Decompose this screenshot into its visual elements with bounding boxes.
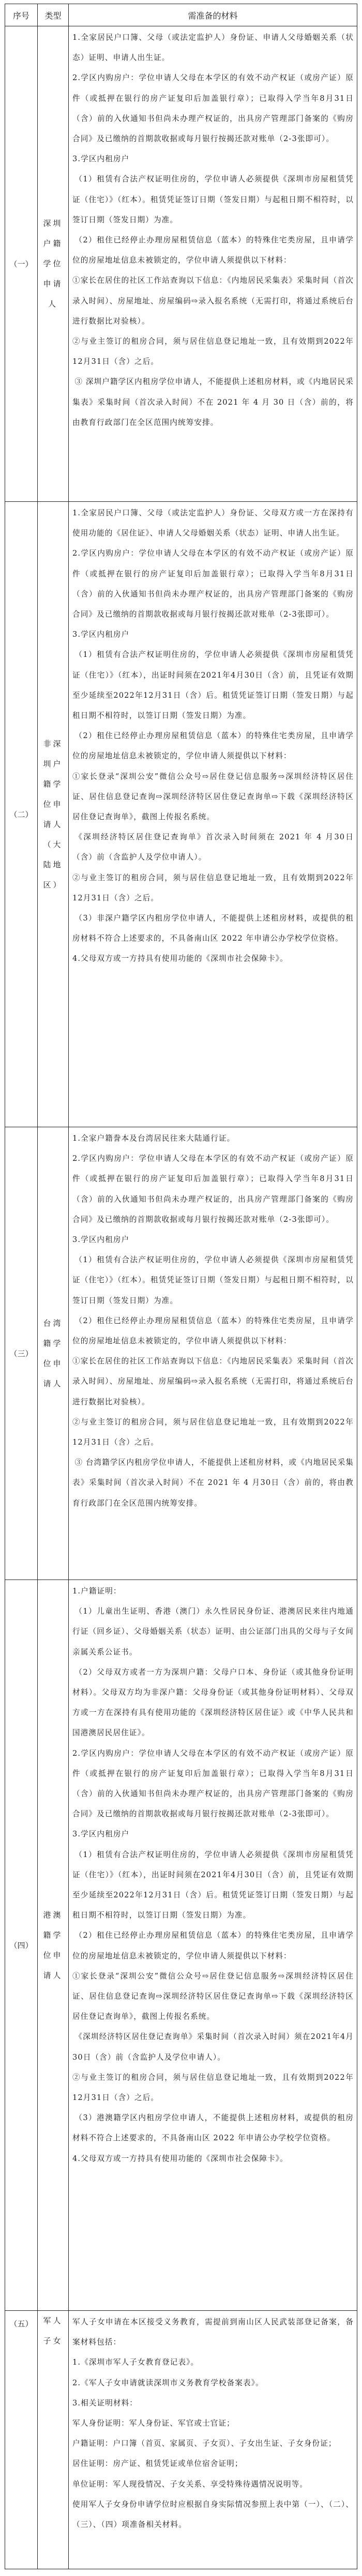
row-materials: 1.全家居民户口簿、父母（或法定监护人）身份证、父母双方或一方在深持有使用功能的… <box>69 502 357 1127</box>
type-line: 港澳 <box>41 1905 65 1925</box>
type-line: 籍学 <box>41 1925 65 1945</box>
material-item: ②与业主签订的租房合同，须与居住信息登记地址一致，且有效期到2022年12月31… <box>72 868 354 908</box>
table-row: （五） 军人 子女 军人子女申请在本区接受义务教育，需提前到南山区人民武装部登记… <box>5 2311 357 2569</box>
material-item: 军人身份证明：军人身份证、军官或士官证； <box>72 2413 354 2433</box>
table-header-row: 序号 类型 需准备的材料 <box>5 4 357 26</box>
row-number: （四） <box>5 1580 38 2311</box>
material-item: ②与业主签订的租房合同，须与居住信息登记地址一致，且有效期到2022年12月31… <box>72 1412 354 1452</box>
type-line: 区） <box>41 875 65 895</box>
material-item: 居住证明：房产证、租赁凭证或单位宿舍证明； <box>72 2454 354 2474</box>
type-line: 位申 <box>41 1354 65 1374</box>
material-item: 单位证明：军人现役情况、子女关系、享受特殊待遇情况说明等。 <box>72 2474 354 2494</box>
type-line: 子女 <box>41 2331 65 2351</box>
row-type: 深圳 户籍 学位 申请 人 <box>38 26 69 502</box>
row-type: 非深 圳户 籍学 位申 请人 （大 陆地 区） <box>38 502 69 1127</box>
type-line: 台湾 <box>41 1313 65 1333</box>
table-row: （二） 非深 圳户 籍学 位申 请人 （大 陆地 区） 1.全家居民户口簿、父母… <box>5 502 357 1127</box>
material-item: 2.学区内购房户：学位申请人父母在本学区的有效不动产权证（或房产证）原件（或抵押… <box>72 543 354 624</box>
row-number: （三） <box>5 1127 38 1580</box>
material-item: 3.学区内租房户 <box>72 1230 354 1250</box>
table-row: （一） 深圳 户籍 学位 申请 人 1.全家居民户口簿、父母（或法定监护人）身份… <box>5 26 357 502</box>
type-line: 圳户 <box>41 754 65 774</box>
material-item: 3.学区内租房户 <box>72 1824 354 1844</box>
material-item: ③ 台湾籍学区内租房学位申请人，不能提供上述租房材料，或《内地居民采集表》采集时… <box>72 1452 354 1513</box>
material-item: （1）租赁有合法产权证明住房的，学位申请人必须提供《深圳市房屋租赁凭证（住宅）》… <box>72 1250 354 1311</box>
header-number: 序号 <box>5 4 38 26</box>
header-type: 类型 <box>38 4 69 26</box>
type-line: 非深 <box>41 734 65 754</box>
material-item: ②与业主签订的租房合同，须与居住信息登记地址一致，且有效期到2022年12月31… <box>72 331 354 372</box>
material-item: 3.学区内租房户 <box>72 624 354 645</box>
material-item: （3）港澳籍学区内租房学位申请人，不能提供上述租房材料，或提供的租房材料不符合上… <box>72 2108 354 2148</box>
material-item: （1）儿童出生证明、香港（澳门）永久性居民身份证、港澳居民来往内地通行证（回乡证… <box>72 1601 354 1662</box>
material-item: 4.父母双方或一方持具有使用功能的《深圳市社会保障卡》。 <box>72 948 354 969</box>
type-line: （大 <box>41 835 65 855</box>
material-item: ①家长在居住的社区工作站查询以下信息：《内地居民采集表》采集时间（首次录入时间）… <box>72 270 354 331</box>
table-row: （三） 台湾 籍学 位申 请人 1.全家户籍誊本及台湾居民往来大陆通行证。 2.… <box>5 1127 357 1580</box>
type-line: 军人 <box>41 2311 65 2331</box>
material-item: 户籍证明：户口簿（首页、家属页、子女页）、子女出生证、子女身份证； <box>72 2433 354 2454</box>
material-item: 3.相关证明材料： <box>72 2393 354 2413</box>
row-type: 港澳 籍学 位申 请人 <box>38 1580 69 2311</box>
material-item: 1.全家居民户口簿、父母（或法定监护人）身份证、父母双方或一方在深持有使用功能的… <box>72 503 354 543</box>
type-line: 请人 <box>41 1374 65 1394</box>
material-item: 《深圳经济特区居住登记查询单》首次录入时间须在 2021 年 4 月30日（含）… <box>72 827 354 867</box>
material-item: ③ 深圳户籍学区内租房学位申请人，不能提供上述租房材料，或《内地居民采集表》采集… <box>72 372 354 433</box>
header-materials: 需准备的材料 <box>69 4 357 26</box>
row-materials: 1.户籍证明： （1）儿童出生证明、香港（澳门）永久性居民身份证、港澳居民来往内… <box>69 1580 357 2311</box>
material-item: （2）租住已经停止办理房屋租赁信息（蓝本）的特殊住宅类房屋，且申请学位的房屋地址… <box>72 230 354 270</box>
materials-table: 序号 类型 需准备的材料 （一） 深圳 户籍 学位 申请 人 1.全家居民户口簿… <box>5 4 357 2569</box>
table-row: （四） 港澳 籍学 位申 请人 1.户籍证明： （1）儿童出生证明、香港（澳门）… <box>5 1580 357 2311</box>
material-item: （2）租住已经停止办理房屋租赁信息（蓝本）的特殊住宅类房屋，且申请学位的房屋地址… <box>72 1925 354 1966</box>
material-item: 2.学区内购房户：学位申请人父母在本学区的有效不动产权证（或房产证）原件（或抵押… <box>72 1743 354 1824</box>
material-item: 2.学区内购房户：学位申请人父母在本学区的有效不动产权证（或房产证）原件（或抵押… <box>72 68 354 149</box>
material-item: ①家长在居住的社区工作站查询以下信息：《内地居民采集表》采集时间（首次录入时间）… <box>72 1351 354 1412</box>
type-line: 学位 <box>41 254 65 274</box>
material-item: （1）租赁有合法产权证明住房的，学位申请人必须提供《深圳市房屋租赁凭证（住宅）》… <box>72 169 354 230</box>
material-item: 1.户籍证明： <box>72 1581 354 1601</box>
row-number: （二） <box>5 502 38 1127</box>
row-materials: 1.全家户籍誊本及台湾居民往来大陆通行证。 2.学区内购房户：学位申请人父母在本… <box>69 1127 357 1580</box>
type-line: 位申 <box>41 1945 65 1966</box>
material-item: 2.学区内购房户：学位申请人父母在本学区的有效不动产权证（或房产证）原件（或抵押… <box>72 1148 354 1230</box>
material-item: 1.全家户籍誊本及台湾居民往来大陆通行证。 <box>72 1128 354 1148</box>
row-type: 军人 子女 <box>38 2311 69 2569</box>
material-item: （2）父母双方或者一方为深圳户籍：父母户口本、身份证（或其他身份证明材料）。父母… <box>72 1662 354 1743</box>
material-item: （1）租赁有合法产权证明住房的，学位申请人必须提供《深圳市房屋租赁凭证（住宅）》… <box>72 1845 354 1926</box>
material-item: ①家长登录“深圳公安”微信公众号⇨居住登记信息服务⇨深圳经济特区居住证、居住信息… <box>72 766 354 827</box>
material-item: 4.父母双方或一方持具有使用功能的《深圳市社会保障卡》。 <box>72 2149 354 2169</box>
row-type: 台湾 籍学 位申 请人 <box>38 1127 69 1580</box>
material-item: （1）租赁有合法产权证明住房的，学位申请人必须提供《深圳市房屋租赁凭证（住宅）》… <box>72 645 354 726</box>
type-line: 籍学 <box>41 774 65 794</box>
material-item: 使用军人子女身份申请学位时应根据自身实际情况参照上表中第（一）、（二）、（三）、… <box>72 2494 354 2535</box>
row-number: （五） <box>5 2311 38 2569</box>
row-materials: 军人子女申请在本区接受义务教育，需提前到南山区人民武装部登记备案，备案材料包括：… <box>69 2311 357 2569</box>
type-line: 人 <box>41 294 65 314</box>
type-line: 陆地 <box>41 855 65 875</box>
material-item: ①家长登录“深圳公安”微信公众号⇨居住登记信息服务⇨深圳经济特区居住证、居住信息… <box>72 1966 354 2027</box>
type-line: 位申 <box>41 794 65 815</box>
material-item: 1.《深圳市军人子女教育登记表》。 <box>72 2352 354 2372</box>
type-line: 请人 <box>41 1966 65 1986</box>
type-line: 请人 <box>41 815 65 835</box>
material-item: （3）非深户籍学区内租房学位申请人，不能提供上述租房材料，或提供的租房材料不符合… <box>72 908 354 948</box>
material-item: （2）租住已经停止办理房屋租赁信息（蓝本）的特殊住宅类房屋，且申请学位的房屋地址… <box>72 726 354 766</box>
material-item: 3.学区内租房户 <box>72 149 354 169</box>
material-item: ②与业主签订的租房合同，须与居住信息登记地址一致，且有效期到2022年12月31… <box>72 2067 354 2108</box>
type-line: 申请 <box>41 274 65 294</box>
material-item: 1.全家居民户口簿、父母（或法定监护人）身份证、申请人父母婚姻关系（状态）证明、… <box>72 27 354 68</box>
material-item: （2）租住已经停止办理房屋租赁信息（蓝本）的特殊住宅类房屋，且申请学位的房屋地址… <box>72 1311 354 1351</box>
type-line: 深圳 <box>41 213 65 234</box>
row-materials: 1.全家居民户口簿、父母（或法定监护人）身份证、申请人父母婚姻关系（状态）证明、… <box>69 26 357 502</box>
material-item: 军人子女申请在本区接受义务教育，需提前到南山区人民武装部登记备案，备案材料包括： <box>72 2312 354 2352</box>
type-line: 户籍 <box>41 234 65 254</box>
row-number: （一） <box>5 26 38 502</box>
material-item: 2.《军人子女申请就读深圳市义务教育学校备案表》。 <box>72 2373 354 2393</box>
type-line: 籍学 <box>41 1333 65 1354</box>
material-item: 《深圳经济特区居住登记查询单》采集时间（首次录入时间）须在2021年4月30日（… <box>72 2027 354 2067</box>
